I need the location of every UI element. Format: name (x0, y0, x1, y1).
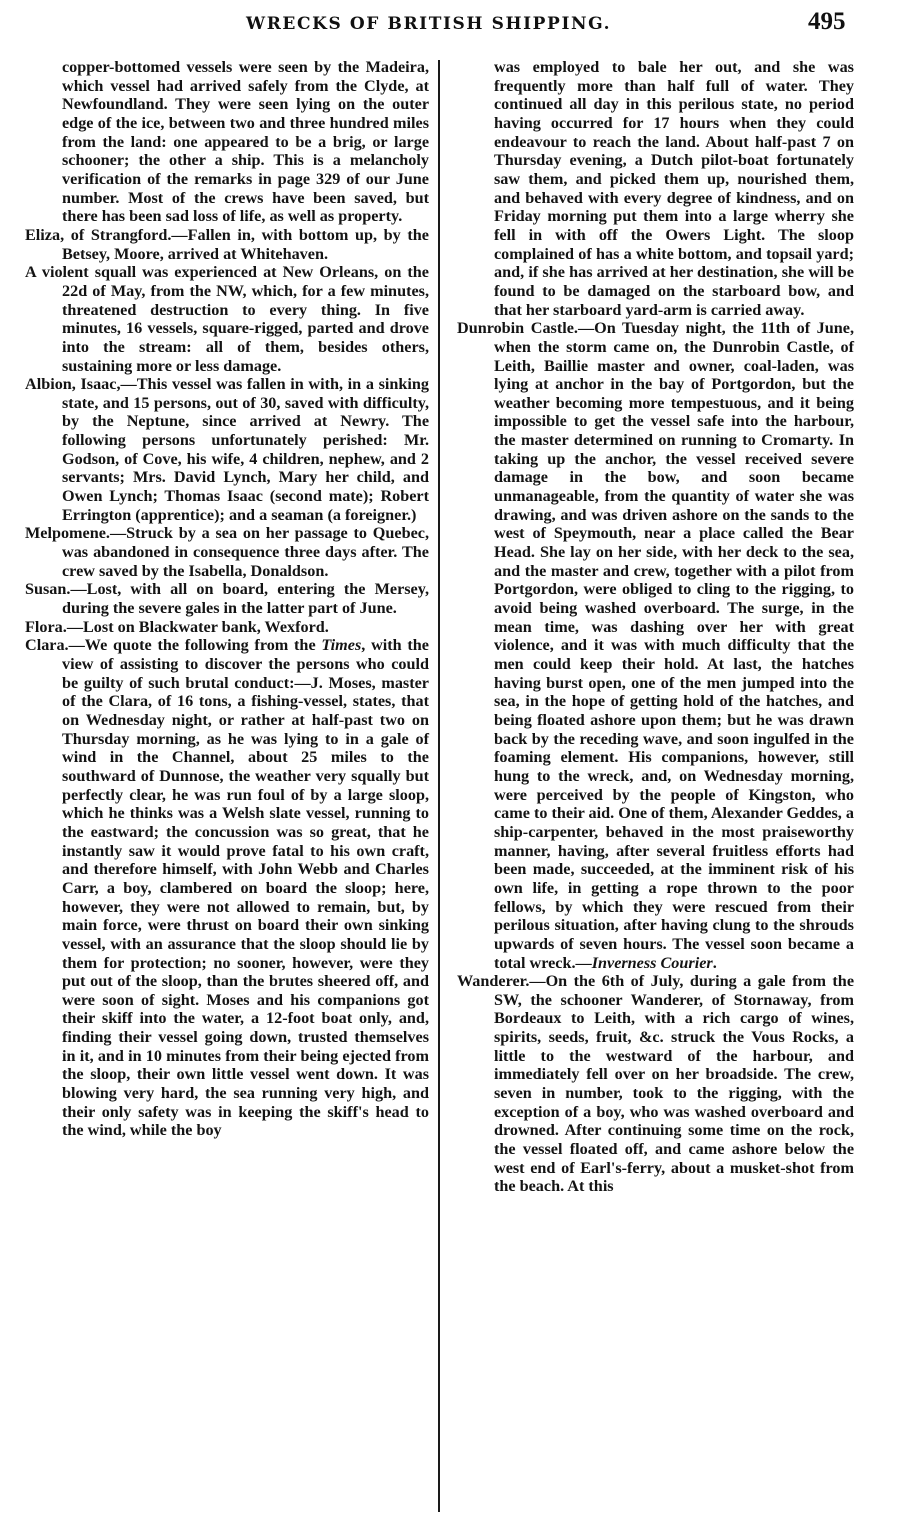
entry-new-orleans-squall: A violent squall was experienced at New … (25, 263, 429, 375)
vessel-name: Wanderer. (457, 972, 529, 990)
right-column: was employed to bale her out, and she wa… (457, 58, 854, 1196)
column-divider (438, 60, 440, 1512)
entry-flora: Flora.—Lost on Blackwater bank, Wexford. (25, 618, 429, 637)
vessel-name: Melpomene. (25, 524, 110, 542)
entry-clara: Clara.—We quote the following from the T… (25, 636, 429, 1140)
vessel-name: Albion, Isaac, (25, 375, 121, 393)
entry-text: —On the 6th of July, during a gale from … (494, 972, 854, 1195)
entry-text: copper-bottomed vessels were seen by the… (62, 58, 429, 225)
entry-text-continued: , with the view of assisting to discover… (62, 636, 429, 1139)
entry-continuation-clara: was employed to bale her out, and she wa… (457, 58, 854, 319)
entry-text: was employed to bale her out, and she wa… (494, 58, 854, 319)
entry-continuation-ice-wrecks: copper-bottomed vessels were seen by the… (25, 58, 429, 226)
entry-susan: Susan.—Lost, with all on board, entering… (25, 580, 429, 617)
entry-albion: Albion, Isaac,—This vessel was fallen in… (25, 375, 429, 524)
left-column: copper-bottomed vessels were seen by the… (25, 58, 429, 1140)
page-number: 495 (808, 8, 846, 36)
entry-text: —We quote the following from the (69, 636, 322, 654)
entry-text: —On Tuesday night, the 11th of June, whe… (494, 319, 854, 971)
vessel-name: Dunrobin Castle. (457, 319, 578, 337)
entry-dunrobin-castle: Dunrobin Castle.—On Tuesday night, the 1… (457, 319, 854, 972)
vessel-name: Susan. (25, 580, 70, 598)
entry-text: —Lost, with all on board, entering the M… (62, 580, 429, 617)
entry-lead: A (25, 263, 36, 281)
entry-wanderer: Wanderer.—On the 6th of July, during a g… (457, 972, 854, 1196)
running-title: WRECKS OF BRITISH SHIPPING. (246, 14, 611, 34)
vessel-name: Eliza, of Strangford. (25, 226, 171, 244)
entry-text: —Lost on Blackwater bank, Wexford. (67, 618, 329, 636)
running-header: WRECKS OF BRITISH SHIPPING. 495 (0, 8, 900, 42)
entry-text: violent squall was experienced at New Or… (36, 263, 429, 374)
entry-melpomene: Melpomene.—Struck by a sea on her passag… (25, 524, 429, 580)
book-page: WRECKS OF BRITISH SHIPPING. 495 copper-b… (0, 0, 900, 1529)
entry-text-continued: . (713, 954, 717, 972)
italic-source-title: Inverness Courier (592, 954, 713, 972)
entry-text: —Struck by a sea on her passage to Quebe… (62, 524, 429, 579)
vessel-name: Flora. (25, 618, 67, 636)
italic-source-title: Times (321, 636, 361, 654)
entry-eliza: Eliza, of Strangford.—Fallen in, with bo… (25, 226, 429, 263)
vessel-name: Clara. (25, 636, 69, 654)
entry-text: —This vessel was fallen in with, in a si… (62, 375, 429, 524)
